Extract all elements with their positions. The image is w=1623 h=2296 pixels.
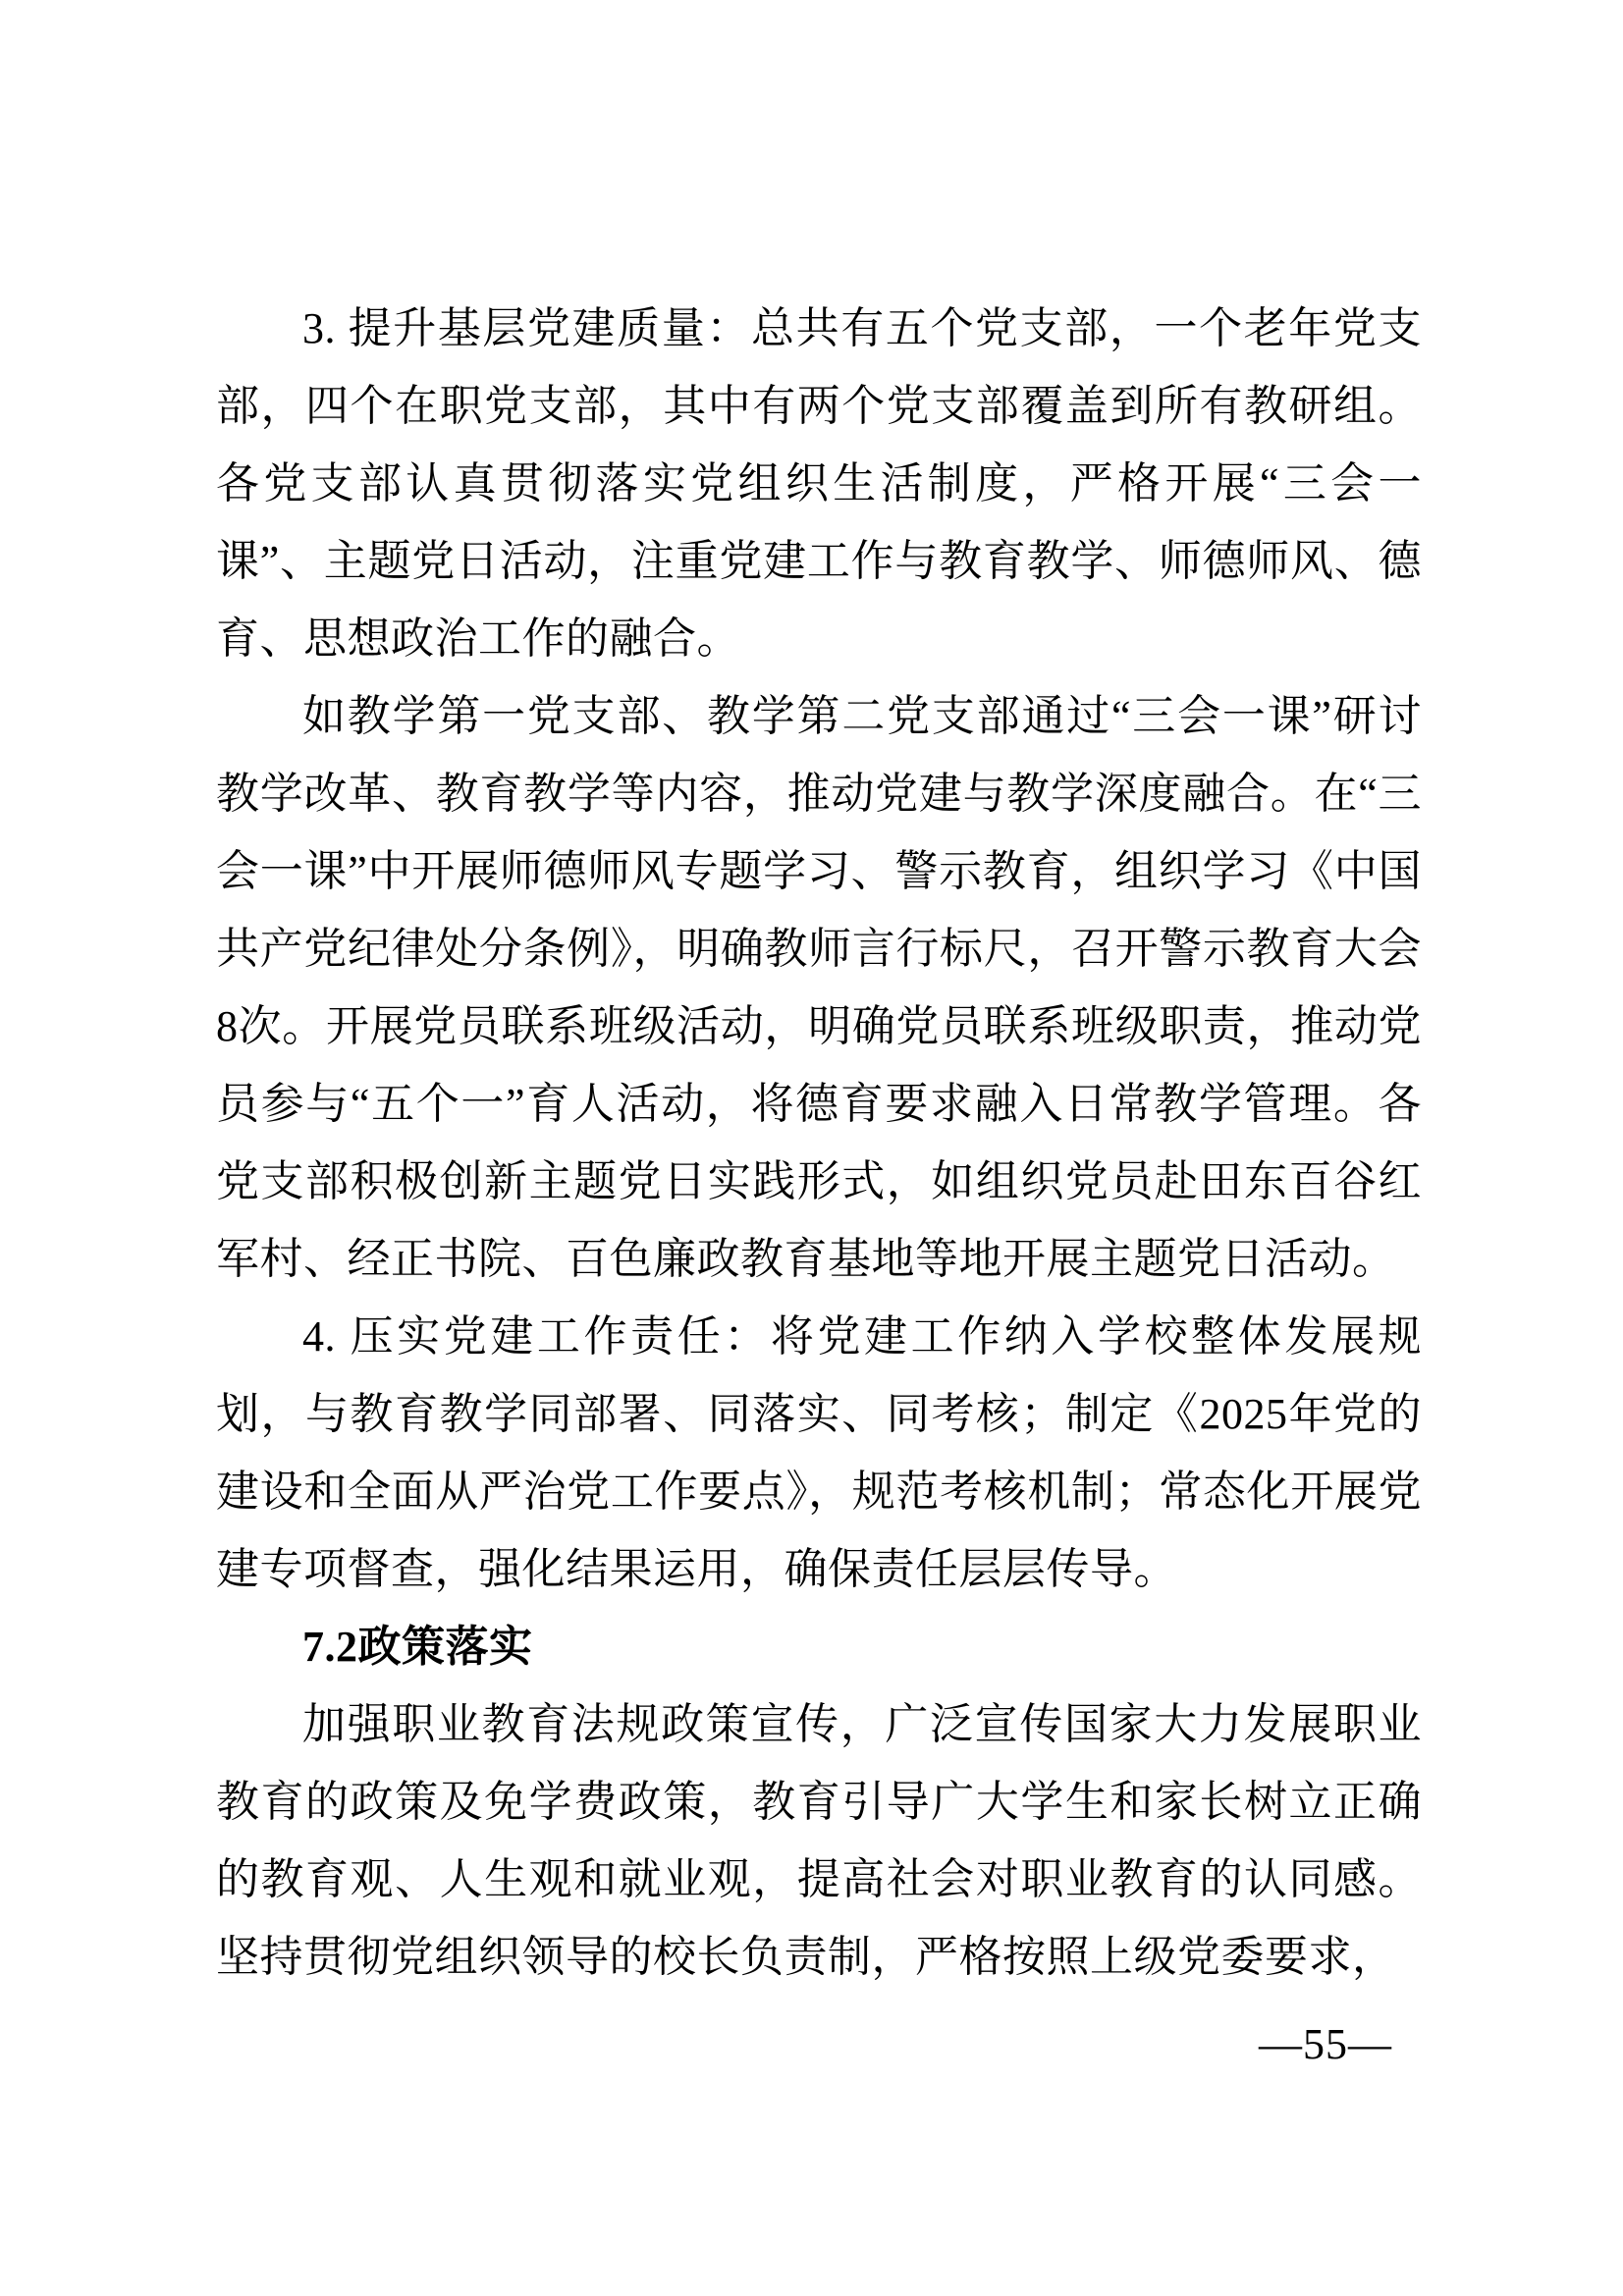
section-heading-policy-implementation: 7.2政策落实 bbox=[216, 1608, 1422, 1685]
paragraph-party-building-quality: 3. 提升基层党建质量：总共有五个党支部，一个老年党支部，四个在职党支部，其中有… bbox=[216, 290, 1422, 677]
paragraph-party-building-responsibility: 4. 压实党建工作责任：将党建工作纳入学校整体发展规划，与教育教学同部署、同落实… bbox=[216, 1298, 1422, 1608]
document-body: 3. 提升基层党建质量：总共有五个党支部，一个老年党支部，四个在职党支部，其中有… bbox=[216, 290, 1422, 1996]
paragraph-policy-implementation: 加强职业教育法规政策宣传，广泛宣传国家大力发展职业教育的政策及免学费政策，教育引… bbox=[216, 1685, 1422, 1996]
page-number: —55— bbox=[1259, 2020, 1392, 2069]
document-page: 3. 提升基层党建质量：总共有五个党支部，一个老年党支部，四个在职党支部，其中有… bbox=[0, 0, 1623, 2296]
paragraph-branch-examples: 如教学第一党支部、教学第二党支部通过“三会一课”研讨教学改革、教育教学等内容，推… bbox=[216, 677, 1422, 1298]
